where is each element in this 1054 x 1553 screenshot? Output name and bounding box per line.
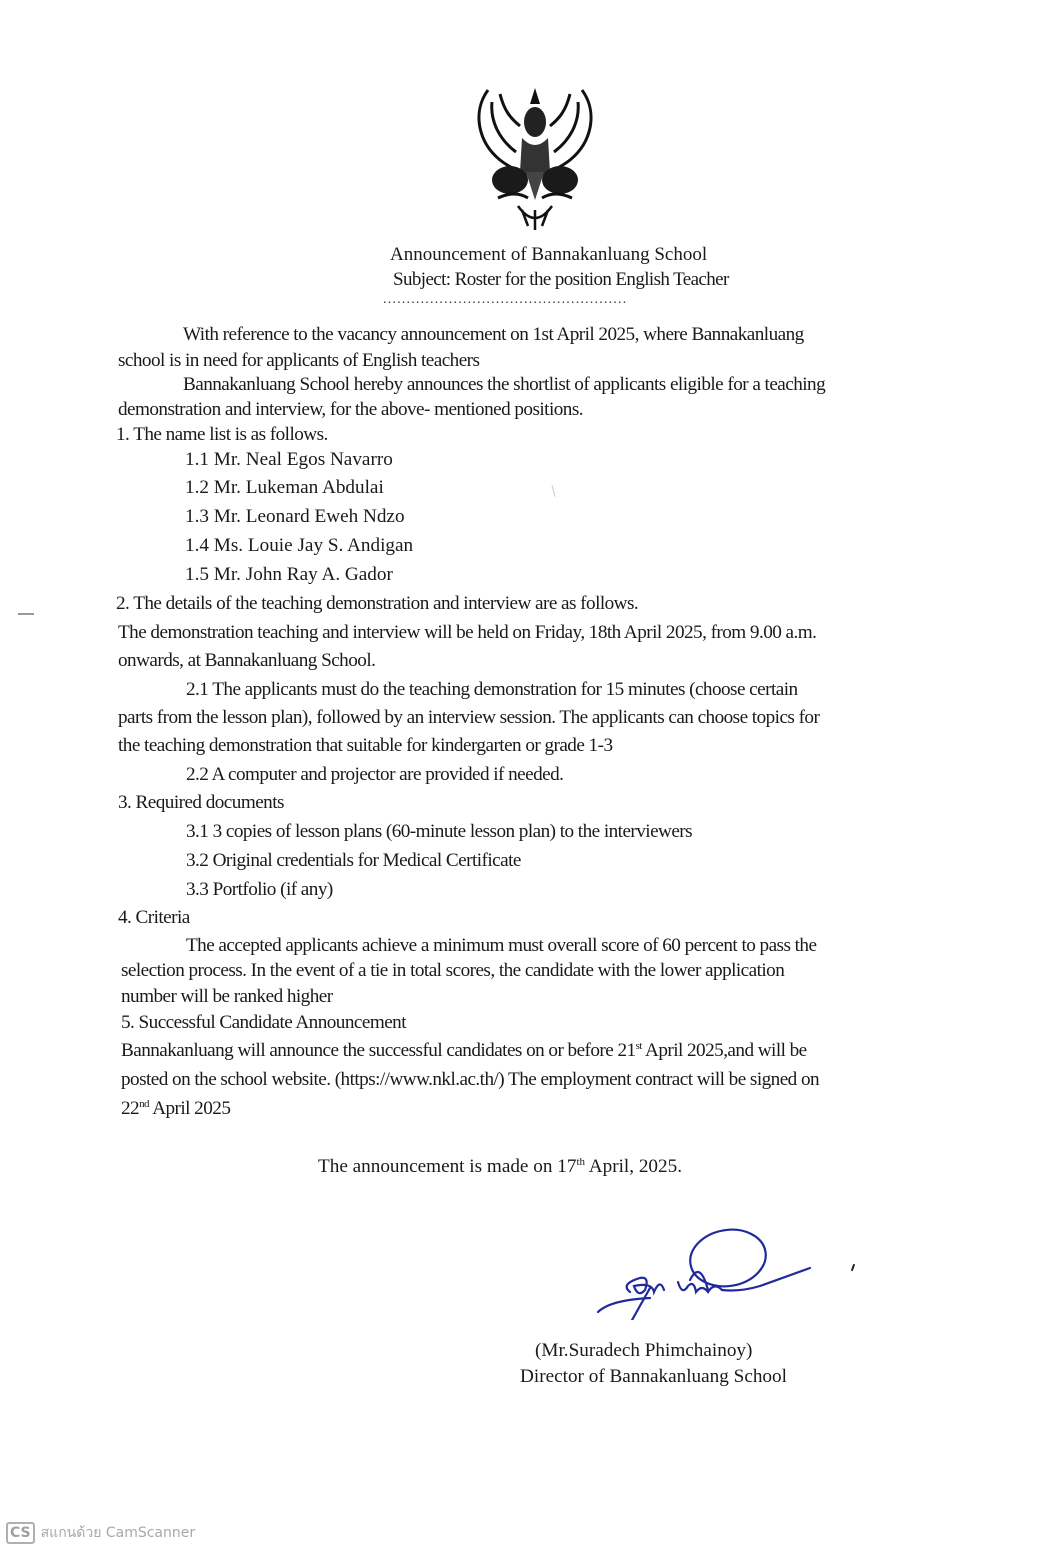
document-page: Announcement of Bannakanluang School Sub… bbox=[0, 0, 1054, 1553]
required-document: 3.3 Portfolio (if any) bbox=[186, 880, 333, 899]
section-2-item-1-line-2: parts from the lesson plan), followed by… bbox=[118, 708, 819, 727]
applicant-name: 1.1 Mr. Neal Egos Navarro bbox=[185, 450, 393, 469]
signer-title: Director of Bannakanluang School bbox=[520, 1367, 787, 1386]
applicant-name: 1.5 Mr. John Ray A. Gador bbox=[185, 565, 393, 584]
criteria-line-1: The accepted applicants achieve a minimu… bbox=[186, 936, 816, 955]
announcement-title: Announcement of Bannakanluang School bbox=[390, 244, 750, 266]
required-document: 3.2 Original credentials for Medical Cer… bbox=[186, 851, 521, 870]
section-2-item-2: 2.2 A computer and projector are provide… bbox=[186, 765, 563, 784]
watermark-text: สแกนด้วย CamScanner bbox=[41, 1522, 196, 1544]
signature-icon bbox=[590, 1220, 850, 1320]
section-2-item-1-line-3: the teaching demonstration that suitable… bbox=[118, 736, 613, 755]
separator-dots: ........................................… bbox=[383, 292, 627, 308]
section-1-heading: 1. The name list is as follows. bbox=[116, 425, 328, 444]
section-4-heading: 4. Criteria bbox=[118, 908, 190, 927]
scan-artifact bbox=[851, 1264, 855, 1271]
applicant-name: 1.2 Mr. Lukeman Abdulai bbox=[185, 478, 384, 497]
criteria-line-3: number will be ranked higher bbox=[121, 987, 333, 1006]
section-2-item-1-line-1: 2.1 The applicants must do the teaching … bbox=[186, 680, 798, 699]
applicant-name: 1.4 Ms. Louie Jay S. Andigan bbox=[185, 536, 413, 555]
announcement-line-3: 22nd April 2025 bbox=[121, 1099, 230, 1118]
intro-paragraph-1-line-1: With reference to the vacancy announceme… bbox=[183, 325, 804, 344]
camscanner-logo-icon: CS bbox=[6, 1522, 35, 1544]
section-5-heading: 5. Successful Candidate Announcement bbox=[121, 1013, 406, 1032]
intro-paragraph-2-line-2: demonstration and interview, for the abo… bbox=[118, 400, 583, 419]
section-3-heading: 3. Required documents bbox=[118, 793, 284, 812]
announcement-subject: Subject: Roster for the position English… bbox=[393, 269, 753, 291]
announcement-date: The announcement is made on 17th April, … bbox=[318, 1157, 682, 1176]
criteria-line-2: selection process. In the event of a tie… bbox=[121, 961, 784, 980]
announcement-line-1: Bannakanluang will announce the successf… bbox=[121, 1041, 807, 1060]
camscanner-watermark: CS สแกนด้วย CamScanner bbox=[6, 1522, 195, 1544]
section-2-line-2: onwards, at Bannakanluang School. bbox=[118, 651, 375, 670]
required-document: 3.1 3 copies of lesson plans (60-minute … bbox=[186, 822, 692, 841]
garuda-emblem-icon bbox=[470, 82, 600, 232]
applicant-name: 1.3 Mr. Leonard Eweh Ndzo bbox=[185, 507, 405, 526]
intro-paragraph-1-line-2: school is in need for applicants of Engl… bbox=[118, 351, 479, 370]
signer-name: (Mr.Suradech Phimchainoy) bbox=[535, 1341, 752, 1360]
scan-artifact bbox=[551, 485, 555, 497]
intro-paragraph-2-line-1: Bannakanluang School hereby announces th… bbox=[183, 375, 825, 394]
announcement-line-2: posted on the school website. (https://w… bbox=[121, 1070, 819, 1089]
section-2-heading: 2. The details of the teaching demonstra… bbox=[116, 594, 638, 613]
scan-artifact bbox=[18, 613, 34, 615]
section-2-line-1: The demonstration teaching and interview… bbox=[118, 623, 816, 642]
